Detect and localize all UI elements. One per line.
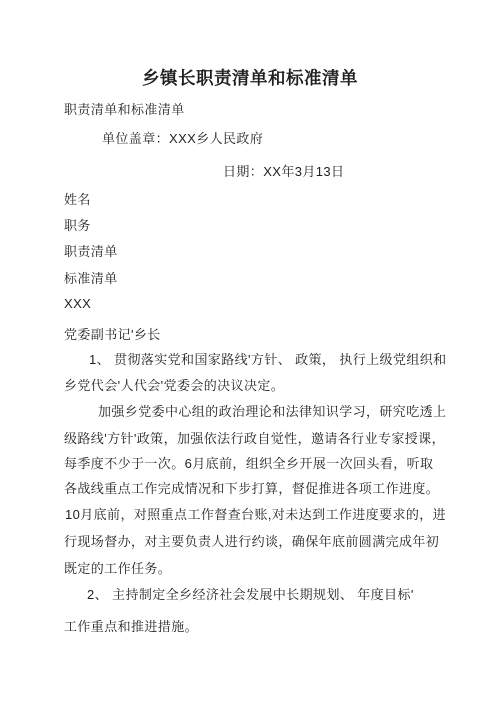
body-line: 10月底前，对照重点工作督查台账,对未达到工作进度要求的，进 — [65, 507, 446, 523]
document-page: 乡镇长职责清单和标准清单 职责清单和标准清单 单位盖章：XXX乡人民政府 日期：… — [0, 0, 500, 707]
body-line: 乡党代会'人代会'党委会的决议决定。 — [64, 378, 284, 394]
body-line: 加强乡党委中心组的政治理论和法律知识学习，研究吃透上 — [98, 404, 446, 420]
name-value: XXX — [64, 296, 91, 312]
subtitle: 职责清单和标准清单 — [64, 102, 185, 118]
position-label: 职务 — [64, 218, 91, 234]
position-value: 党委副书记'乡长 — [64, 327, 161, 343]
body-line: 各战线重点工作完成情况和下步打算，督促推进各项工作进度。 — [64, 481, 439, 497]
body-line: 工作重点和推进措施。 — [64, 619, 198, 635]
body-line: 行现场督办，对主要负责人进行约谈，确保年底前圆满完成年初 — [64, 534, 439, 550]
document-title: 乡镇长职责清单和标准清单 — [0, 69, 500, 88]
duty-list-label: 职责清单 — [64, 244, 118, 260]
stamp-line: 单位盖章：XXX乡人民政府 — [102, 131, 263, 147]
body-line: 每季度不少于一次。6月底前，组织全乡开展一次回头看，听取 — [64, 456, 433, 472]
standard-list-label: 标准清单 — [64, 271, 118, 287]
body-line: 2、 主持制定全乡经济社会发展中长期规划、 年度目标' — [87, 587, 414, 603]
name-label: 姓名 — [64, 192, 91, 208]
body-line: 级路线'方针'政策，加强依法行政自觉性，邀请各行业专家授课， — [64, 431, 445, 447]
date-line: 日期：XX年3月13日 — [223, 164, 344, 180]
body-line: 1、 贯彻落实党和国家路线'方针、 政策， 执行上级党组织和 — [89, 352, 447, 368]
body-line: 既定的工作任务。 — [64, 561, 171, 577]
